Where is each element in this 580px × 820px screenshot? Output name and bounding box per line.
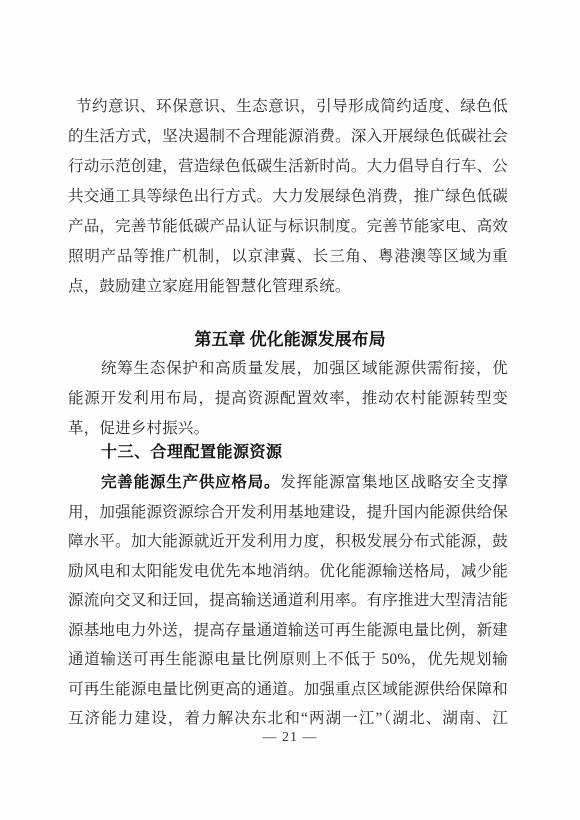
- text-line: 源基地电力外送，提高存量通道输送可再生能源电量比例，新建: [68, 616, 508, 646]
- text-line: 源流向交叉和迂回，提高输送通道利用率。有序推进大型清洁能: [68, 586, 508, 616]
- text-line: 完善能源生产供应格局。发挥能源富集地区战略安全支撑作: [68, 468, 508, 498]
- text-line: 励风电和太阳能发电优先本地消纳。优化能源输送格局，减少能: [68, 557, 508, 587]
- paragraph-main: 完善能源生产供应格局。发挥能源富集地区战略安全支撑作 用，加强能源资源综合开发利…: [68, 468, 508, 734]
- text-line: 障水平。加大能源就近开发利用力度，积极发展分布式能源，鼓: [68, 527, 508, 557]
- text-line: 的生活方式，坚决遏制不合理能源消费。深入开展绿色低碳社会: [68, 122, 508, 152]
- text-line: 用，加强能源资源综合开发利用基地建设，提升国内能源供给保: [68, 498, 508, 528]
- text-line: 行动示范创建，营造绿色低碳生活新时尚。大力倡导自行车、公: [68, 152, 508, 182]
- text-line: 产品，完善节能低碳产品认证与标识制度。完善节能家电、高效: [68, 212, 508, 242]
- text-line: 共交通工具等绿色出行方式。大力发展绿色消费，推广绿色低碳: [68, 182, 508, 212]
- text-line: 节约意识、环保意识、生态意识，引导形成简约适度、绿色低碳: [68, 92, 508, 122]
- text-line: 点，鼓励建立家庭用能智慧化管理系统。: [68, 272, 508, 302]
- text-line: 统筹生态保护和高质量发展，加强区域能源供需衔接，优化: [68, 354, 508, 384]
- text-line: 可再生能源电量比例更高的通道。加强重点区域能源供给保障和: [68, 675, 508, 705]
- text-line: 照明产品等推广机制，以京津冀、长三角、粤港澳等区域为重: [68, 242, 508, 272]
- document-page: 节约意识、环保意识、生态意识，引导形成简约适度、绿色低碳 的生活方式，坚决遏制不…: [0, 0, 580, 820]
- page-number: — 21 —: [0, 723, 580, 753]
- chapter-heading: 第五章 优化能源发展布局: [0, 325, 580, 355]
- text-line: 通道输送可再生能源电量比例原则上不低于 50%，优先规划输送: [68, 645, 508, 675]
- text-line: 能源开发利用布局，提高资源配置效率，推动农村能源转型变: [68, 384, 508, 414]
- section-heading: 十三、合理配置能源资源: [68, 438, 508, 468]
- paragraph-carryover: 节约意识、环保意识、生态意识，引导形成简约适度、绿色低碳 的生活方式，坚决遏制不…: [68, 92, 508, 302]
- lead-phrase: 完善能源生产供应格局。: [101, 474, 280, 491]
- paragraph-overview: 统筹生态保护和高质量发展，加强区域能源供需衔接，优化 能源开发利用布局，提高资源…: [68, 354, 508, 444]
